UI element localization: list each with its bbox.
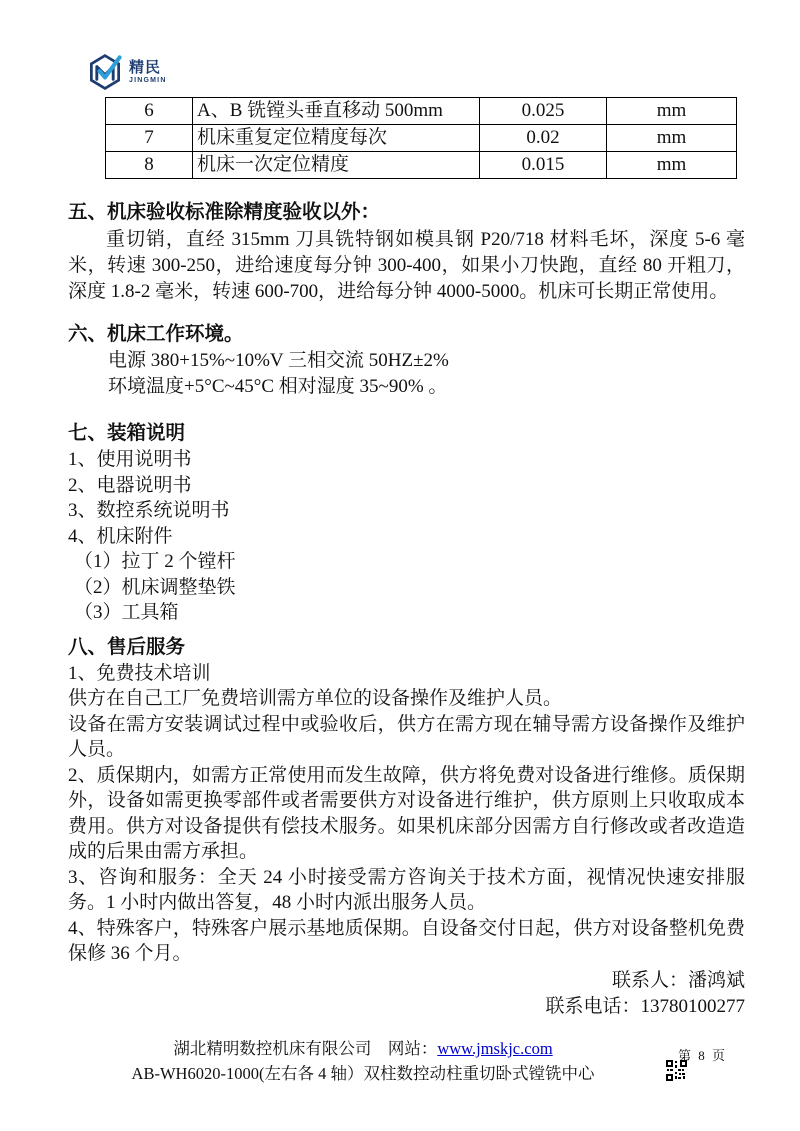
table-row: 7 机床重复定位精度每次 0.02 mm xyxy=(106,125,737,152)
row-number: 6 xyxy=(106,98,193,125)
logo-wordmark: 精民 JINGMIN xyxy=(129,60,167,84)
service-paragraph: 供方在自己工厂免费培训需方单位的设备操作及维护人员。 xyxy=(68,686,745,712)
row-value: 0.025 xyxy=(480,98,607,125)
document-page: 精民 JINGMIN 6 A、B 铣镗头垂直移动 500mm 0.025 mm … xyxy=(0,0,800,1131)
footer-product-line: AB-WH6020-1000(左右各 4 轴）双柱数控动柱重切卧式镗铣中心 xyxy=(68,1061,658,1086)
packing-list-subitem: （2）机床调整垫铁 xyxy=(68,575,745,601)
row-number: 8 xyxy=(106,152,193,179)
section6-heading: 六、机床工作环境。 xyxy=(68,322,745,348)
packing-list-subitem: （3）工具箱 xyxy=(68,600,745,626)
company-logo: 精民 JINGMIN xyxy=(85,52,167,92)
row-value: 0.02 xyxy=(480,125,607,152)
page-footer: 湖北精明数控机床有限公司 网站：www.jmskjc.com AB-WH6020… xyxy=(68,1036,745,1086)
logo-brand-cn: 精民 xyxy=(129,60,167,75)
row-number: 7 xyxy=(106,125,193,152)
power-spec-line: 电源 380+15%~10%V 三相交流 50HZ±2% xyxy=(68,348,745,374)
table-row: 6 A、B 铣镗头垂直移动 500mm 0.025 mm xyxy=(106,98,737,125)
footer-website-link[interactable]: www.jmskjc.com xyxy=(437,1039,552,1058)
service-paragraph: 4、特殊客户，特殊客户展示基地质保期。自设备交付日起，供方对设备整机免费保修 3… xyxy=(68,916,745,967)
row-item: A、B 铣镗头垂直移动 500mm xyxy=(193,98,480,125)
table-row: 8 机床一次定位精度 0.015 mm xyxy=(106,152,737,179)
environment-spec-line: 环境温度+5°C~45°C 相对湿度 35~90% 。 xyxy=(68,374,745,400)
packing-list-subitem: （1）拉丁 2 个镗杆 xyxy=(68,549,745,575)
packing-list-item: 1、使用说明书 xyxy=(68,447,745,473)
footer-website-label: 网站： xyxy=(388,1039,438,1058)
row-item: 机床一次定位精度 xyxy=(193,152,480,179)
row-unit: mm xyxy=(607,125,737,152)
footer-company: 湖北精明数控机床有限公司 xyxy=(173,1039,371,1058)
row-value: 0.015 xyxy=(480,152,607,179)
qr-code xyxy=(666,1060,687,1081)
service-paragraph: 设备在需方安装调试过程中或验收后，供方在需方现在辅导需方设备操作及维护人员。 xyxy=(68,712,745,763)
section8-heading: 八、售后服务 xyxy=(68,635,745,661)
logo-brand-en: JINGMIN xyxy=(129,77,167,84)
packing-list-item: 4、机床附件 xyxy=(68,524,745,550)
logo-hexagon-icon xyxy=(85,52,125,92)
precision-table: 6 A、B 铣镗头垂直移动 500mm 0.025 mm 7 机床重复定位精度每… xyxy=(105,97,737,179)
after-sales-section: 八、售后服务 1、免费技术培训 供方在自己工厂免费培训需方单位的设备操作及维护人… xyxy=(68,635,745,967)
footer-spacer xyxy=(375,1039,383,1058)
service-paragraph: 2、质保期内，如需方正常使用而发生故障，供方将免费对设备进行维修。质保期外，设备… xyxy=(68,763,745,865)
section7-heading: 七、装箱说明 xyxy=(68,421,745,447)
row-item: 机床重复定位精度每次 xyxy=(193,125,480,152)
service-paragraph: 3、咨询和服务：全天 24 小时接受需方咨询关于技术方面，视情况快速安排服务。1… xyxy=(68,865,745,916)
contact-block: 联系人：潘鸿斌 联系电话：13780100277 xyxy=(68,968,745,1020)
service-item-title: 1、免费技术培训 xyxy=(68,661,745,687)
section5-paragraph: 重切销，直经 315mm 刀具铣特钢如模具钢 P20/718 材料毛坏，深度 5… xyxy=(68,227,745,305)
row-unit: mm xyxy=(607,98,737,125)
section5-heading: 五、机床验收标准除精度验收以外： xyxy=(68,200,745,226)
packing-list-item: 3、数控系统说明书 xyxy=(68,498,745,524)
row-unit: mm xyxy=(607,152,737,179)
packing-list-item: 2、电器说明书 xyxy=(68,473,745,499)
contact-person: 联系人：潘鸿斌 xyxy=(68,968,745,994)
contact-phone: 联系电话：13780100277 xyxy=(68,994,745,1020)
footer-company-line: 湖北精明数控机床有限公司 网站：www.jmskjc.com xyxy=(68,1036,658,1061)
document-body: 6 A、B 铣镗头垂直移动 500mm 0.025 mm 7 机床重复定位精度每… xyxy=(68,97,745,1020)
